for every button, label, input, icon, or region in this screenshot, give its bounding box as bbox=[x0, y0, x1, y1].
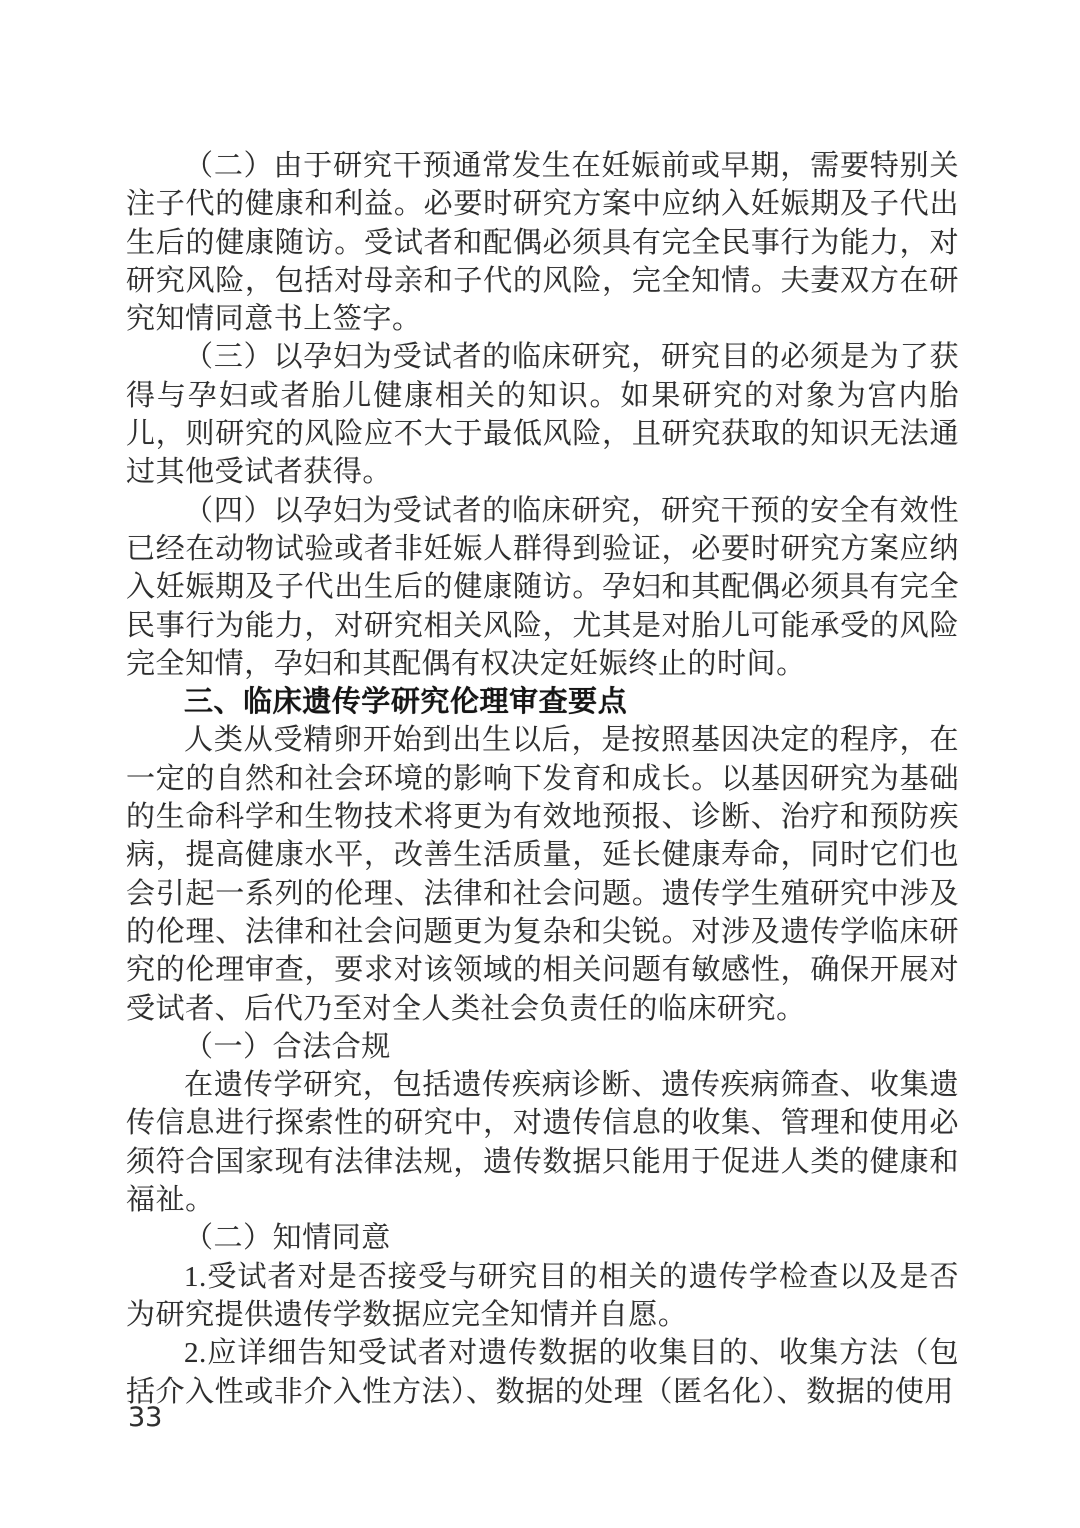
paragraph-clause-4-pregnant-subjects-safety: （四）以孕妇为受试者的临床研究，研究干预的安全有效性已经在动物试验或者非妊娠人群… bbox=[126, 492, 959, 683]
section-heading-clinical-genetics-review: 三、临床遗传学研究伦理审查要点 bbox=[126, 683, 959, 721]
paragraph-clause-2-pregnancy-intervention: （二）由于研究干预通常发生在妊娠前或早期，需要特别关注子代的健康和利益。必要时研… bbox=[126, 147, 959, 338]
paragraph-informed-consent-item-1: 1.受试者对是否接受与研究目的相关的遗传学检查以及是否为研究提供遗传学数据应完全… bbox=[126, 1258, 959, 1335]
paragraph-genetics-intro: 人类从受精卵开始到出生以后，是按照基因决定的程序，在一定的自然和社会环境的影响下… bbox=[126, 721, 959, 1027]
paragraph-clause-3-pregnant-subjects-purpose: （三）以孕妇为受试者的临床研究，研究目的必须是为了获得与孕妇或者胎儿健康相关的知… bbox=[126, 338, 959, 491]
subsection-title-legal-compliance: （一）合法合规 bbox=[126, 1028, 959, 1066]
document-page: （二）由于研究干预通常发生在妊娠前或早期，需要特别关注子代的健康和利益。必要时研… bbox=[0, 0, 1080, 1528]
page-number: 33 bbox=[128, 1402, 162, 1433]
paragraph-legal-compliance-body: 在遗传学研究，包括遗传疾病诊断、遗传疾病筛查、收集遗传信息进行探索性的研究中，对… bbox=[126, 1066, 959, 1219]
page-body-text: （二）由于研究干预通常发生在妊娠前或早期，需要特别关注子代的健康和利益。必要时研… bbox=[126, 147, 959, 1411]
subsection-title-informed-consent: （二）知情同意 bbox=[126, 1219, 959, 1257]
paragraph-informed-consent-item-2: 2.应详细告知受试者对遗传数据的收集目的、收集方法（包括介入性或非介入性方法）、… bbox=[126, 1334, 959, 1411]
